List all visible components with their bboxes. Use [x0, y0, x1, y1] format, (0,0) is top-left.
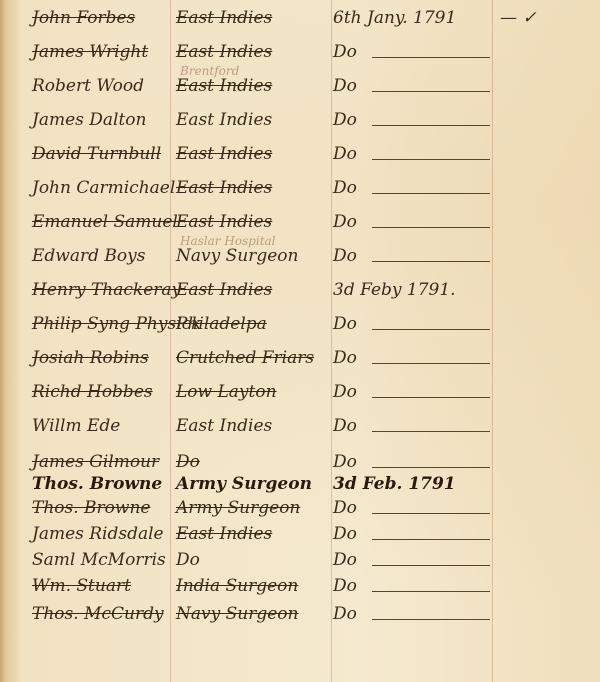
entry-destination: Philadelpa — [176, 314, 267, 334]
entry-name: John Forbes — [32, 8, 135, 28]
ditto-rule — [372, 193, 490, 194]
entry-name: James Ridsdale — [32, 524, 164, 544]
ditto-rule — [372, 565, 490, 566]
ditto-rule — [372, 159, 490, 160]
entry-name: Henry Thackeray — [32, 280, 181, 300]
ditto-rule — [372, 91, 490, 92]
entry-destination: East Indies — [176, 416, 272, 436]
entry-date: Do — [333, 416, 357, 436]
entry-name: James Wright — [32, 42, 148, 62]
entry-date: Do — [333, 452, 357, 472]
ditto-rule — [372, 539, 490, 540]
register-row: John CarmichaelEast IndiesDo — [0, 174, 600, 204]
ditto-rule — [372, 467, 490, 468]
entry-destination: East Indies — [176, 8, 272, 28]
entry-name: Emanuel Samuel — [32, 212, 178, 232]
entry-name: Josiah Robins — [32, 348, 149, 368]
entry-destination: Navy Surgeon — [176, 246, 298, 266]
entry-destination: East Indies — [176, 178, 272, 198]
entry-date: Do — [333, 498, 357, 518]
entry-name: Edward Boys — [32, 246, 145, 266]
entry-destination: East Indies — [176, 212, 272, 232]
entry-date: Do — [333, 348, 357, 368]
entry-date: Do — [333, 110, 357, 130]
entry-destination: Army Surgeon — [176, 474, 312, 494]
register-row: David TurnbullEast IndiesDo — [0, 140, 600, 170]
entry-destination: Army Surgeon — [176, 498, 300, 518]
entry-destination: India Surgeon — [176, 576, 298, 596]
ditto-rule — [372, 513, 490, 514]
pencil-annotation: Haslar Hospital — [180, 234, 276, 248]
entry-destination: East Indies — [176, 110, 272, 130]
ditto-rule — [372, 363, 490, 364]
entry-date: Do — [333, 550, 357, 570]
register-row: James DaltonEast IndiesDo — [0, 106, 600, 136]
entry-date: Do — [333, 382, 357, 402]
entry-date: 6th Jany. 1791 — [333, 8, 456, 28]
register-row: Wm. StuartIndia SurgeonDo — [0, 572, 600, 602]
ditto-rule — [372, 591, 490, 592]
entry-destination: East Indies — [176, 280, 272, 300]
entry-destination: Low Layton — [176, 382, 277, 402]
entry-name: Thos. McCurdy — [32, 604, 164, 624]
entry-date: Do — [333, 76, 357, 96]
entry-name: James Gilmour — [32, 452, 159, 472]
register-row: James WrightEast IndiesDo — [0, 38, 600, 68]
register-row: Josiah RobinsCrutched FriarsDo — [0, 344, 600, 374]
ditto-rule — [372, 57, 490, 58]
register-row: Richd HobbesLow LaytonDo — [0, 378, 600, 408]
entry-name: Saml McMorris — [32, 550, 166, 570]
entry-name: Robert Wood — [32, 76, 144, 96]
entry-destination: East Indies — [176, 42, 272, 62]
entry-date: 3d Feb. 1791 — [333, 474, 456, 494]
ditto-rule — [372, 619, 490, 620]
entry-destination: East Indies — [176, 144, 272, 164]
entry-destination: Crutched Friars — [176, 348, 314, 368]
entry-destination: Do — [176, 550, 200, 570]
ditto-rule — [372, 125, 490, 126]
entry-mark: — ✓ — [500, 8, 537, 28]
register-row: John ForbesEast Indies6th Jany. 1791— ✓ — [0, 4, 600, 34]
entry-date: Do — [333, 144, 357, 164]
entry-name: Richd Hobbes — [32, 382, 153, 402]
entry-name: Wm. Stuart — [32, 576, 131, 596]
entry-date: Do — [333, 42, 357, 62]
register-row: Henry ThackerayEast Indies3d Feby 1791. — [0, 276, 600, 306]
entry-name: James Dalton — [32, 110, 146, 130]
register-row: Edward BoysNavy SurgeonDoHaslar Hospital — [0, 242, 600, 272]
ditto-rule — [372, 397, 490, 398]
ditto-rule — [372, 329, 490, 330]
entry-date: Do — [333, 246, 357, 266]
entry-destination: East Indies — [176, 524, 272, 544]
register-row: Thos. McCurdyNavy SurgeonDo — [0, 600, 600, 630]
ditto-rule — [372, 227, 490, 228]
entry-date: Do — [333, 212, 357, 232]
entry-date: Do — [333, 524, 357, 544]
register-row: Willm EdeEast IndiesDo — [0, 412, 600, 442]
entry-date: Do — [333, 576, 357, 596]
register-row: Philip Syng PhysickPhiladelpaDo — [0, 310, 600, 340]
pencil-annotation: Brentford — [180, 64, 239, 78]
entry-date: Do — [333, 178, 357, 198]
entry-date: 3d Feby 1791. — [333, 280, 456, 300]
entry-name: Thos. Browne — [32, 474, 162, 494]
register-row: Emanuel SamuelEast IndiesDo — [0, 208, 600, 238]
entry-name: Willm Ede — [32, 416, 120, 436]
entry-destination: East Indies — [176, 76, 272, 96]
ditto-rule — [372, 261, 490, 262]
entry-name: John Carmichael — [32, 178, 175, 198]
ditto-rule — [372, 431, 490, 432]
entry-date: Do — [333, 314, 357, 334]
register-page: John ForbesEast Indies6th Jany. 1791— ✓J… — [0, 0, 600, 682]
entry-date: Do — [333, 604, 357, 624]
entry-destination: Navy Surgeon — [176, 604, 298, 624]
entry-destination: Do — [176, 452, 200, 472]
entry-name: Thos. Browne — [32, 498, 150, 518]
register-row: Robert WoodEast IndiesDoBrentford — [0, 72, 600, 102]
entry-name: David Turnbull — [32, 144, 161, 164]
